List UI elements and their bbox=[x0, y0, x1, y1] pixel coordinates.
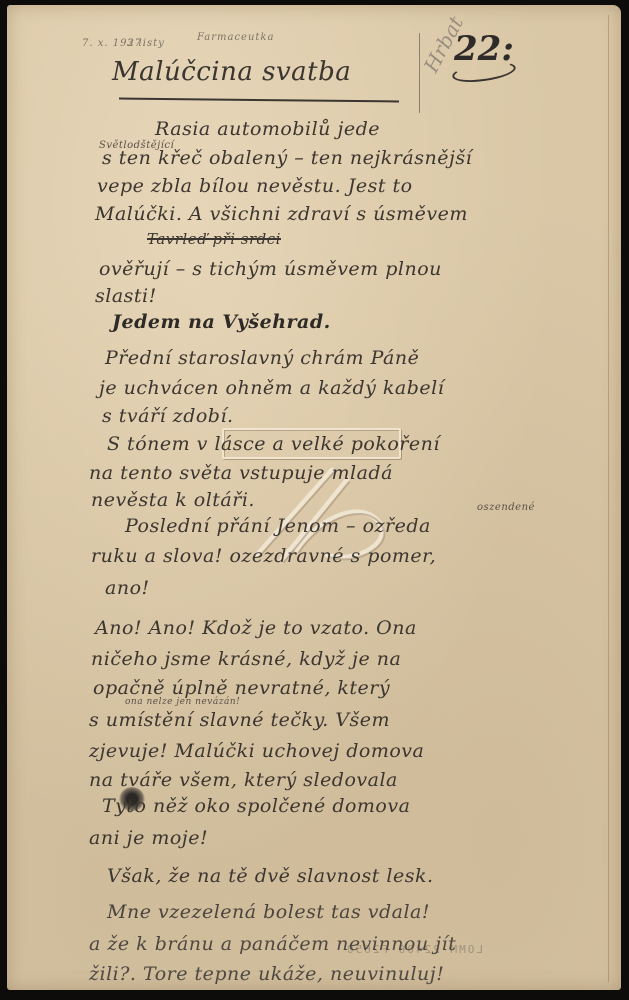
pencil-note: 3 listy bbox=[127, 38, 165, 49]
line-15: nevěsta k oltáři. bbox=[91, 489, 255, 511]
line-32: žili?. Tore tepne ukáže, neuvinuluj! bbox=[89, 963, 444, 985]
title-underline bbox=[119, 98, 399, 103]
line-1: Rasia automobilů jede bbox=[155, 118, 380, 140]
document-title: Malúčcina svatba bbox=[112, 57, 351, 87]
line-28: ani je moje! bbox=[89, 827, 208, 849]
line-27: Tyto něž oko spolčené domova bbox=[102, 795, 410, 817]
line-13: S tónem v lásce a velké pokoření bbox=[107, 433, 440, 455]
line-10: Přední staroslavný chrám Páně bbox=[105, 347, 419, 369]
line-16-insertion: oszendené bbox=[477, 502, 535, 513]
manuscript-page: 7. x. 1927. 3 listy Farmaceutka Malúčcin… bbox=[7, 5, 621, 990]
line-22: opačně úplně nevratné, který bbox=[93, 677, 390, 699]
line-3: s ten křeč obalený – ten nejkrásnější bbox=[102, 147, 472, 169]
line-30: Mne vzezelená bolest tas vdala! bbox=[107, 901, 430, 923]
line-18: ruku a slova! ozezdravné s pomer, bbox=[91, 545, 436, 567]
line-4: vepe zbla bílou nevěstu. Jest to bbox=[97, 175, 413, 197]
line-23-insertion: ona nelze jen nevázán! bbox=[125, 697, 240, 707]
line-12: s tváří zdobí. bbox=[102, 405, 234, 427]
line-11: je uchvácen ohněm a každý kabelí bbox=[99, 377, 444, 399]
line-5: Malúčki. A všichni zdraví s úsměvem bbox=[95, 203, 468, 225]
line-19: ano! bbox=[105, 577, 150, 599]
line-6-struck: Tavrleď při srdci bbox=[147, 230, 281, 248]
line-24: s umístění slavné tečky. Všem bbox=[89, 709, 390, 731]
line-20: Ano! Ano! Kdož je to vzato. Ona bbox=[95, 617, 417, 639]
line-29: Však, že na tě dvě slavnost lesk. bbox=[107, 865, 434, 887]
line-9: Jedem na Vyšehrad. bbox=[112, 311, 331, 333]
pencil-name: Farmaceutka bbox=[197, 32, 274, 43]
line-21: ničeho jsme krásné, když je na bbox=[91, 648, 401, 670]
line-14: na tento světa vstupuje mladá bbox=[89, 462, 393, 484]
line-17: Poslední přání Jenom – ozředa bbox=[125, 515, 431, 537]
line-8: slasti! bbox=[95, 285, 157, 307]
line-7: ověřují – s tichým úsměvem plnou bbox=[99, 258, 442, 280]
margin-line bbox=[419, 33, 420, 113]
line-25: zjevuje! Malúčki uchovej domova bbox=[89, 740, 424, 762]
line-31: a že k bránu a panáčem nevinnou jít bbox=[89, 933, 456, 955]
